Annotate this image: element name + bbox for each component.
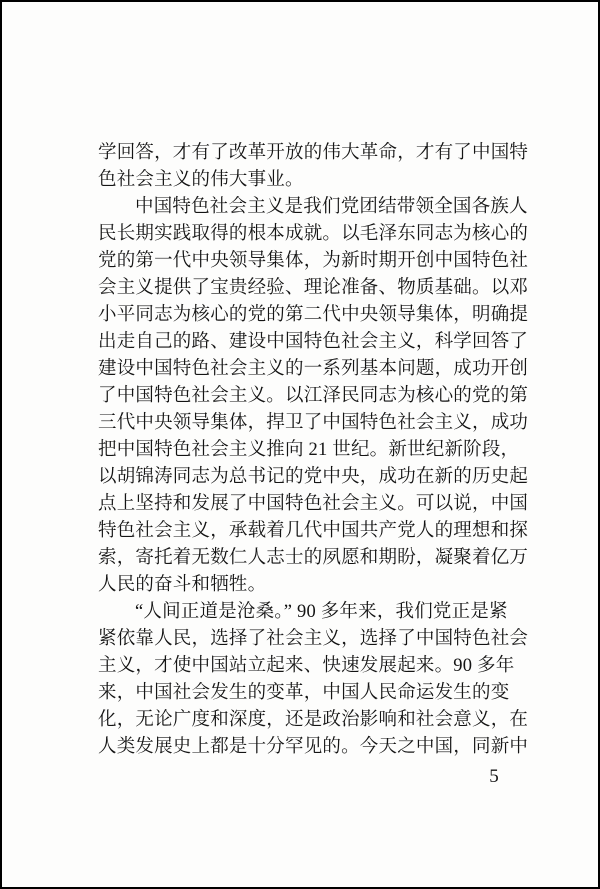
text-line: 建设中国特色社会主义的一系列基本问题，成功开创 xyxy=(98,356,530,383)
text-line: 了中国特色社会主义。以江泽民同志为核心的党的第 xyxy=(98,383,530,410)
text-line: “人间正道是沧桑。” 90 多年来，我们党正是紧 xyxy=(98,599,530,626)
text-line: 出走自己的路、建设中国特色社会主义，科学回答了 xyxy=(98,329,530,356)
text-line: 小平同志为核心的党的第二代中央领导集体，明确提 xyxy=(98,302,530,329)
text-line: 特色社会主义，承载着几代中国共产党人的理想和探 xyxy=(98,518,530,545)
text-line: 党的第一代中央领导集体，为新时期开创中国特色社 xyxy=(98,248,530,275)
text-line: 化，无论广度和深度，还是政治影响和社会意义，在 xyxy=(98,707,530,734)
page-text: 学回答，才有了改革开放的伟大革命，才有了中国特色社会主义的伟大事业。中国特色社会… xyxy=(98,140,530,761)
text-line: 会主义提供了宝贵经验、理论准备、物质基础。以邓 xyxy=(98,275,530,302)
text-line: 三代中央领导集体，捍卫了中国特色社会主义，成功 xyxy=(98,410,530,437)
text-line: 人类发展史上都是十分罕见的。今天之中国，同新中 xyxy=(98,734,530,761)
text-line: 把中国特色社会主义推向 21 世纪。新世纪新阶段， xyxy=(98,437,530,464)
text-line: 紧依靠人民，选择了社会主义，选择了中国特色社会 xyxy=(98,626,530,653)
text-line: 色社会主义的伟大事业。 xyxy=(98,167,530,194)
text-line: 以胡锦涛同志为总书记的党中央，成功在新的历史起 xyxy=(98,464,530,491)
book-page: 学回答，才有了改革开放的伟大革命，才有了中国特色社会主义的伟大事业。中国特色社会… xyxy=(0,0,600,889)
page-number: 5 xyxy=(484,766,504,788)
text-line: 学回答，才有了改革开放的伟大革命，才有了中国特 xyxy=(98,140,530,167)
text-line: 民长期实践取得的根本成就。以毛泽东同志为核心的 xyxy=(98,221,530,248)
text-line: 主义，才使中国站立起来、快速发展起来。90 多年 xyxy=(98,653,530,680)
text-line: 索，寄托着无数仁人志士的夙愿和期盼，凝聚着亿万 xyxy=(98,545,530,572)
text-line: 点上坚持和发展了中国特色社会主义。可以说，中国 xyxy=(98,491,530,518)
text-line: 人民的奋斗和牺牲。 xyxy=(98,572,530,599)
text-line: 来，中国社会发生的变革，中国人民命运发生的变 xyxy=(98,680,530,707)
text-line: 中国特色社会主义是我们党团结带领全国各族人 xyxy=(98,194,530,221)
